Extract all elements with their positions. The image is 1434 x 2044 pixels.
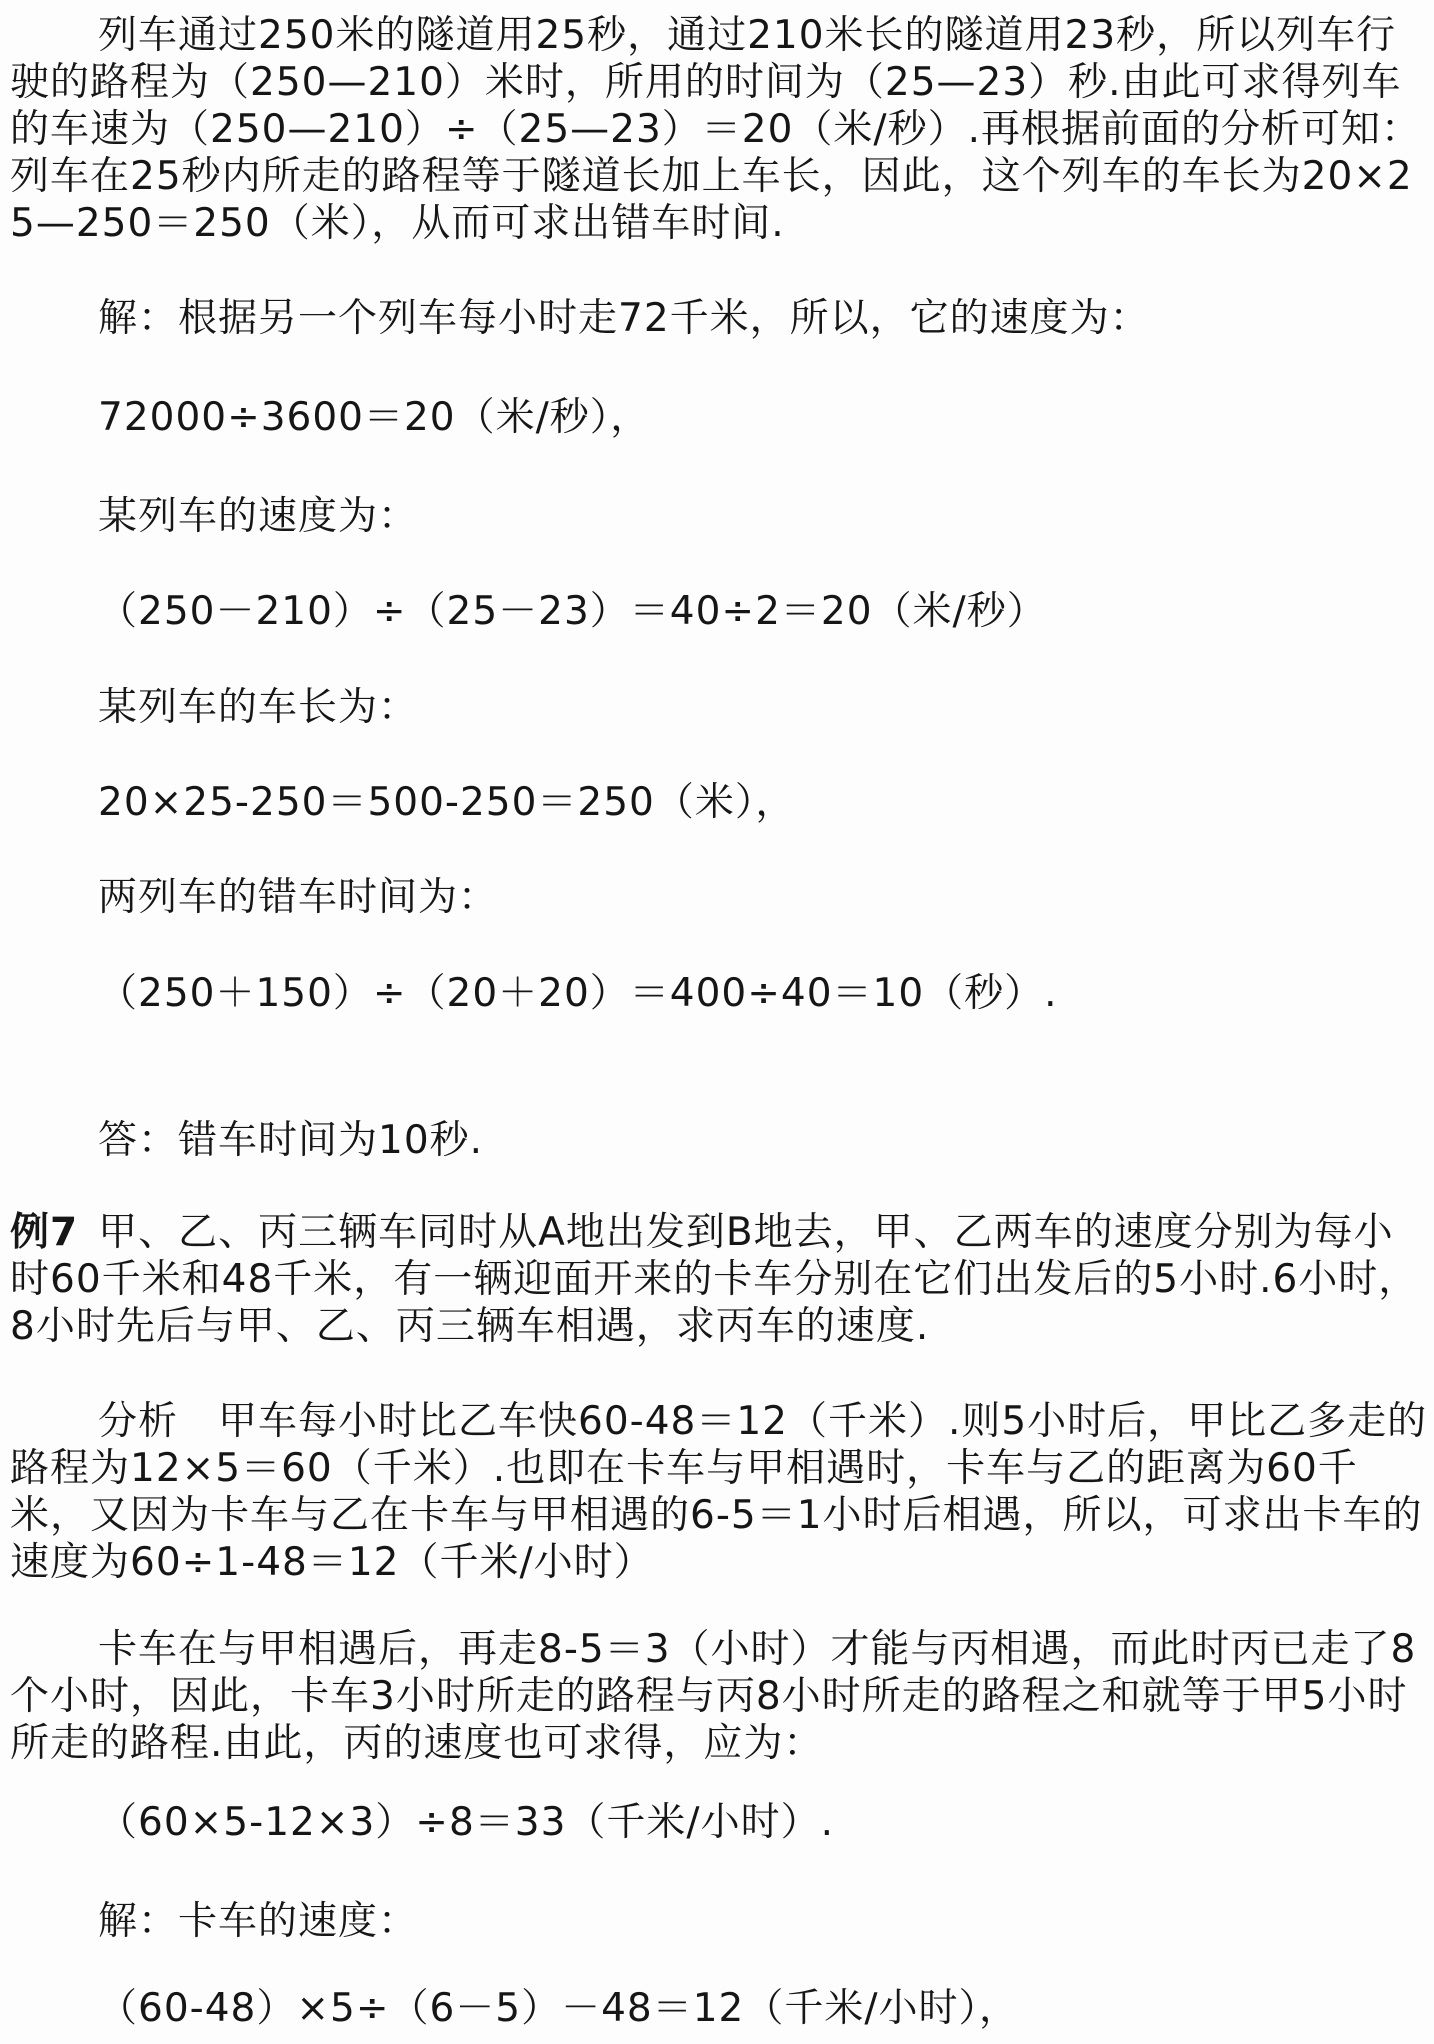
formula-truck-speed: （60-48）×5÷（6－5）－48＝12（千米/小时），: [10, 1985, 1430, 2032]
formula-passing-time: （250＋150）÷（20＋20）＝400÷40＝10（秒）.: [10, 970, 1430, 1017]
label-train-speed: 某列车的速度为：: [10, 493, 1430, 540]
label-passing-time: 两列车的错车时间为：: [10, 874, 1430, 921]
document-page: 列车通过250米的隧道用25秒，通过210米长的隧道用23秒，所以列车行驶的路程…: [0, 0, 1434, 2044]
label-train-length: 某列车的车长为：: [10, 684, 1430, 731]
example-7-label: 例7: [10, 1210, 78, 1255]
example-7-paragraph: 例7甲、乙、丙三辆车同时从A地出发到B地去，甲、乙两车的速度分别为每小时60千米…: [10, 1209, 1430, 1350]
solution-intro-line: 解：根据另一个列车每小时走72千米，所以，它的速度为：: [10, 295, 1430, 342]
example-7-text: 甲、乙、丙三辆车同时从A地出发到B地去，甲、乙两车的速度分别为每小时60千米和4…: [10, 1210, 1418, 1349]
formula-train-speed: （250－210）÷（25－23）＝40÷2＝20（米/秒）: [10, 588, 1430, 635]
formula-bing-speed: （60×5-12×3）÷8＝33（千米/小时）.: [10, 1799, 1430, 1846]
answer-line: 答：错车时间为10秒.: [10, 1117, 1430, 1164]
formula-speed-conversion: 72000÷3600＝20（米/秒），: [10, 394, 1430, 441]
truck-meeting-paragraph: 卡车在与甲相遇后，再走8-5＝3（小时）才能与丙相遇，而此时丙已走了8个小时，因…: [10, 1626, 1430, 1767]
formula-train-length: 20×25-250＝500-250＝250（米），: [10, 779, 1430, 826]
solution-truck-speed-line: 解：卡车的速度：: [10, 1898, 1430, 1945]
analysis-paragraph: 分析 甲车每小时比乙车快60-48＝12（千米）.则5小时后，甲比乙多走的路程为…: [10, 1398, 1430, 1586]
intro-analysis-paragraph: 列车通过250米的隧道用25秒，通过210米长的隧道用23秒，所以列车行驶的路程…: [10, 12, 1430, 247]
